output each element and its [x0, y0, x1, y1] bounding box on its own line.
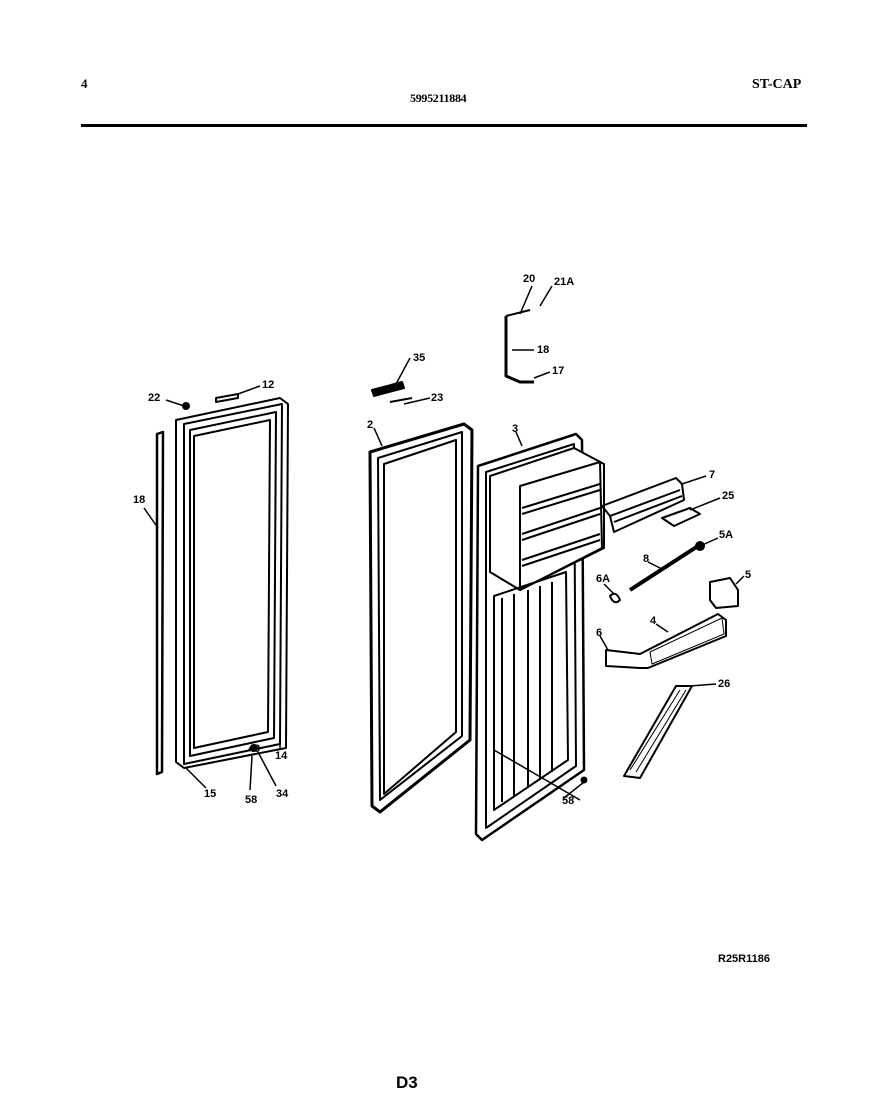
callout-2: 2 [367, 419, 373, 431]
pin-part [390, 398, 412, 402]
callout-7: 7 [709, 469, 715, 481]
callout-26: 26 [718, 678, 730, 690]
callout-18: 18 [537, 344, 549, 356]
callout-4: 4 [650, 615, 657, 627]
page-code: D3 [396, 1073, 418, 1093]
callout-5: 5 [745, 569, 751, 581]
callout-18-gasket: 18 [133, 494, 145, 506]
door-gasket-part [370, 424, 472, 812]
bracket-part [710, 578, 738, 608]
callout-6: 6 [596, 627, 602, 639]
callout-20: 20 [523, 273, 535, 285]
trim-part [662, 508, 700, 526]
callout-3: 3 [512, 423, 518, 435]
grill-part [624, 686, 692, 778]
callout-22: 22 [148, 392, 160, 404]
callout-58-liner: 58 [562, 795, 574, 807]
callout-17: 17 [552, 365, 564, 377]
rod-part [630, 546, 698, 590]
callout-21A: 21A [554, 276, 574, 288]
cap-part [216, 394, 238, 402]
callout-14: 14 [275, 750, 288, 762]
callout-58: 58 [245, 794, 257, 806]
callout-8: 8 [643, 553, 649, 565]
end-cap-part [610, 594, 620, 603]
callout-5A: 5A [719, 529, 733, 541]
callout-15: 15 [204, 788, 216, 800]
parts-diagram: 20 21A 18 17 35 23 12 22 18 2 3 7 25 5A … [0, 0, 880, 1098]
hinge-cover-part [372, 382, 404, 396]
reference-code: R25R1186 [718, 953, 770, 965]
shelf-bin-part [606, 614, 726, 668]
callout-6A: 6A [596, 573, 610, 585]
callout-34: 34 [276, 788, 289, 800]
callout-12: 12 [262, 379, 274, 391]
callout-23: 23 [431, 392, 443, 404]
outer-door-frame-part [176, 398, 288, 768]
dairy-door-hinge-part [506, 310, 534, 382]
gasket-strip-part [157, 432, 163, 774]
plug-part [582, 778, 587, 783]
callout-40: 40 [248, 743, 260, 755]
callout-35: 35 [413, 352, 425, 364]
callout-25: 25 [722, 490, 734, 502]
